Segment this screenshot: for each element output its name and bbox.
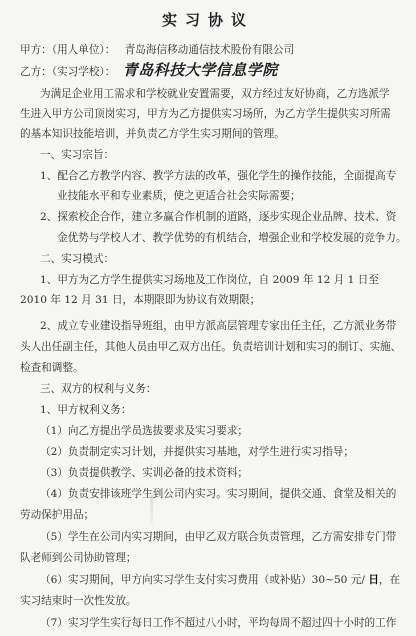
agreement-page: 实习协议 甲方：（用人单位）： 青岛海信移动通信技术股份有限公司 乙方：（实习学…	[0, 0, 416, 636]
section3-heading: 三、双方的权利与义务：	[40, 382, 157, 396]
section3-item5-line1: （5）学生在公司内实习期间，由甲乙双方联合负责管理，乙方需安排专门带	[40, 530, 396, 544]
section1-heading: 一、实习宗旨：	[40, 148, 114, 162]
item6-unit-handwritten: 日	[368, 574, 379, 586]
item6-tail: ，在	[379, 574, 400, 586]
section1-item1-line2: 业技能水平和专业素质，使之更适合社会实际需要；	[57, 189, 301, 203]
party-a-line: 甲方：（用人单位）： 青岛海信移动通信技术股份有限公司	[20, 43, 294, 57]
section2-item1-line2: 2010 年 12 月 31 日，本期限即为协议有效期限；	[20, 293, 260, 307]
party-b-label: 乙方：（实习学校）：	[20, 66, 115, 78]
section3-item4-line1: （4）负责安排该班学生到公司内实习。实习期间，提供交通、食堂及相关的	[40, 487, 396, 501]
section3-item6-line1: （6）实习期间，甲方向实习学生支付实习费用（或补贴）30~50 元/ 日，在	[40, 573, 400, 587]
intro-line-1: 为满足企业用工需求和学校就业安置需要，双方经过友好协商，乙方选派学	[40, 87, 390, 101]
section3-item3: （3）负责提供教学、实训必备的技术资料；	[40, 466, 248, 480]
intro-line-2: 生进入甲方公司顶岗实习，甲方为乙方提供实习场所，为乙方学生提供实习所需	[20, 107, 391, 121]
section3-item2: （2）负责制定实习计划，并提供实习基地，对学生进行实习指导；	[40, 445, 354, 459]
intro-line-3: 的基本知识技能培训，并负责乙方学生实习期间的管理。	[20, 127, 285, 141]
party-b-handwritten-value: 青岛科技大学信息学院	[123, 61, 278, 79]
section1-item2-line2: 金优势与学校人才、教学优势的有机结合，增强企业和学校发展的竞争力。	[57, 231, 407, 245]
section2-item1-line1: 1、甲方为乙方学生提供实习场地及工作岗位，自 2009 年 12 月 1 日至	[40, 273, 379, 287]
party-a-label: 甲方：（用人单位）：	[20, 44, 115, 56]
party-a-value: 青岛海信移动通信技术股份有限公司	[125, 44, 295, 56]
section1-item1-line1: 1、配合乙方教学内容、教学方法的改革，强化学生的操作技能，全面提高专	[40, 169, 396, 183]
party-b-line: 乙方：（实习学校）： 青岛科技大学信息学院	[20, 60, 278, 82]
section2-item2-line1: 2、成立专业建设指导班组，由甲方派高层管理专家出任主任，乙方派业务带	[40, 319, 396, 333]
section1-item2-line1: 2、探索校企合作，建立多赢合作机制的道路，逐步实现企业品牌、技术、资	[40, 210, 396, 224]
section3-item1: （1）向乙方提出学员选拔要求及实习要求；	[40, 424, 248, 438]
section3-item4-line2: 劳动保护用品；	[20, 508, 94, 522]
document-title: 实习协议	[0, 9, 416, 30]
scan-smudge	[150, 495, 153, 525]
section2-item2-line2: 头人出任副主任，其他人员由甲乙双方出任。负责培训计划和实习的制订、实施、	[20, 340, 401, 354]
section3-item6-line2: 实习结束时一次性发放。	[20, 594, 137, 608]
section3-item5-line2: 队老师到公司协助管理；	[20, 551, 137, 565]
section3-subheading: 1、甲方权利义务：	[40, 403, 132, 417]
section2-item2-line3: 检查和调整。	[20, 361, 84, 375]
section2-heading: 二、实习模式：	[40, 252, 114, 266]
section3-item7-line1: （7）实习学生实行每日工作不超过八小时，平均每周不超过四十小时的工作	[40, 616, 396, 630]
item6-text: （6）实习期间，甲方向实习学生支付实习费用（或补贴）30~50 元/	[40, 574, 368, 586]
